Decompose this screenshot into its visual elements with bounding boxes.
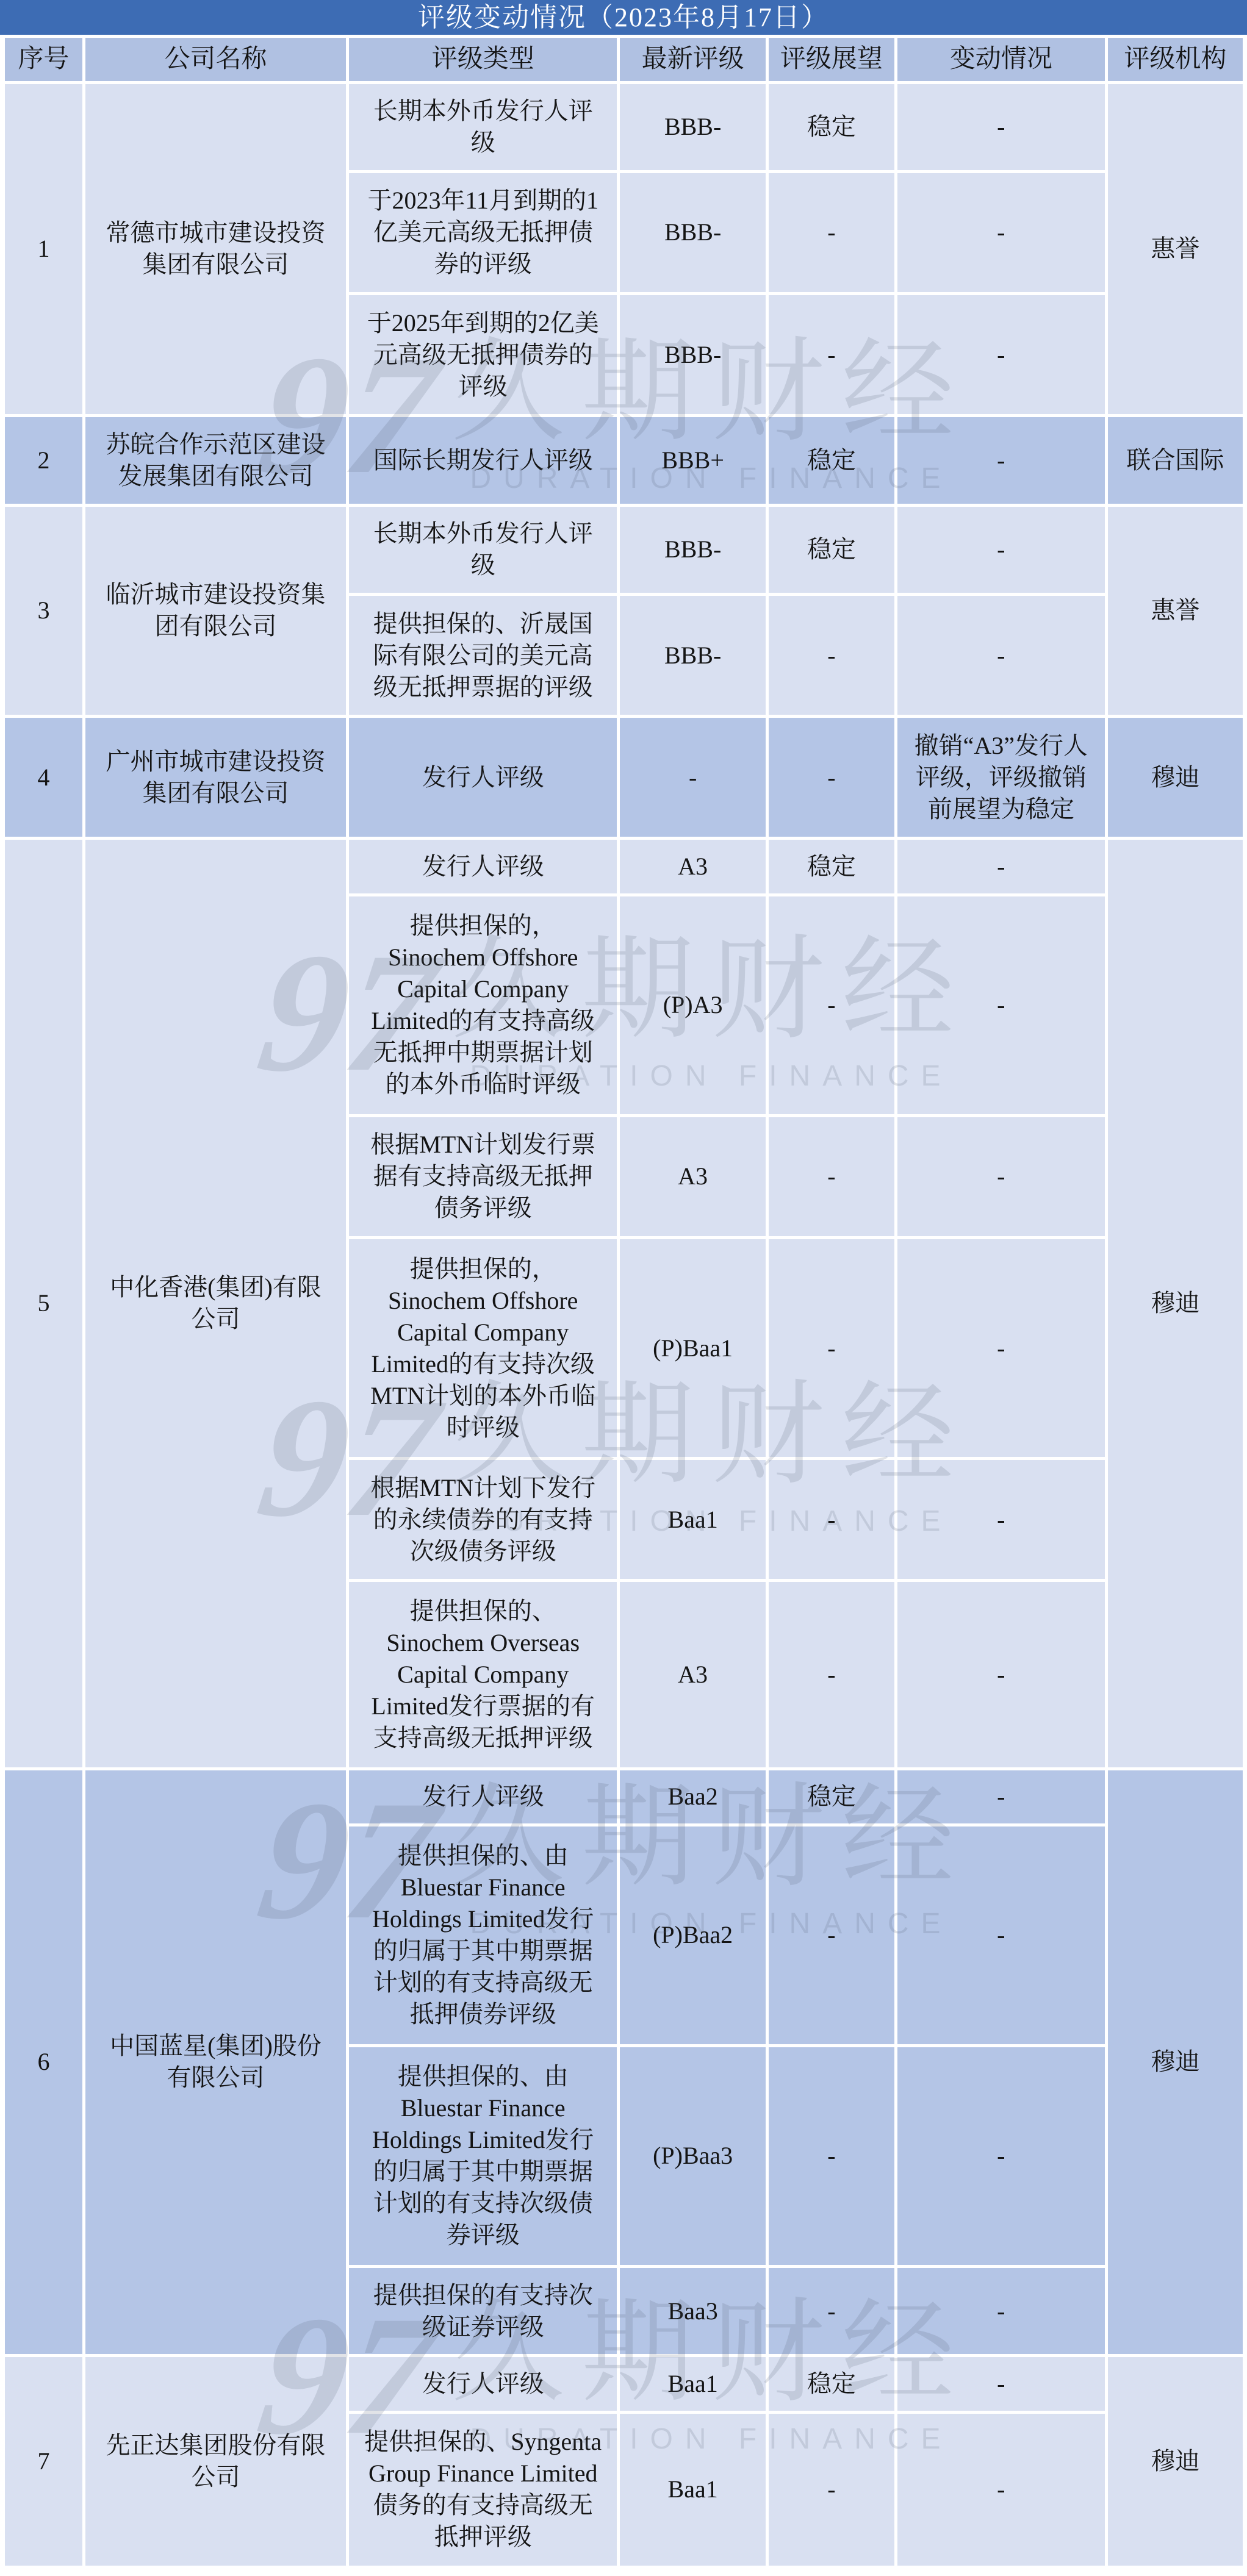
latest-rating-cell: (P)Baa3 xyxy=(620,2047,768,2268)
latest-rating-cell: (P)A3 xyxy=(620,896,768,1117)
outlook-cell: 稳定 xyxy=(769,1770,897,1826)
latest-rating-cell: Baa3 xyxy=(620,2268,768,2357)
latest-rating-cell: A3 xyxy=(620,1117,768,1239)
rating-type-cell: 提供担保的，Sinochem Offshore Capital Company … xyxy=(349,1239,620,1460)
outlook-cell: 稳定 xyxy=(769,84,897,173)
company-name-cell: 临沂城市建设投资集团有限公司 xyxy=(85,507,349,718)
rating-type-cell: 长期本外币发行人评级 xyxy=(349,84,620,173)
rating-type-cell: 根据MTN计划下发行的永续债券的有支持次级债务评级 xyxy=(349,1460,620,1582)
latest-rating-cell: Baa1 xyxy=(620,2357,768,2413)
latest-rating-cell: Baa1 xyxy=(620,2414,768,2569)
change-cell: - xyxy=(897,896,1108,1117)
change-cell: 撤销“A3”发行人评级，评级撤销前展望为稳定 xyxy=(897,718,1108,840)
outlook-cell: 稳定 xyxy=(769,417,897,506)
rating-type-cell: 发行人评级 xyxy=(349,718,620,840)
latest-rating-cell: BBB- xyxy=(620,173,768,295)
seq-cell: 4 xyxy=(5,718,85,840)
change-cell: - xyxy=(897,1826,1108,2047)
rating-type-cell: 发行人评级 xyxy=(349,840,620,896)
outlook-cell: - xyxy=(769,596,897,718)
outlook-cell: - xyxy=(769,1117,897,1239)
outlook-cell: - xyxy=(769,2414,897,2569)
column-header-seq: 序号 xyxy=(5,38,85,84)
column-header-agency: 评级机构 xyxy=(1108,38,1243,84)
company-name-cell: 中国蓝星(集团)股份有限公司 xyxy=(85,1770,349,2358)
rating-row: 3临沂城市建设投资集团有限公司长期本外币发行人评级BBB-稳定-惠誉 xyxy=(5,507,1243,596)
rating-type-cell: 长期本外币发行人评级 xyxy=(349,507,620,596)
rating-row: 6中国蓝星(集团)股份有限公司发行人评级Baa2稳定-穆迪 xyxy=(5,1770,1243,1826)
latest-rating-cell: BBB- xyxy=(620,507,768,596)
seq-cell: 3 xyxy=(5,507,85,718)
rating-type-cell: 发行人评级 xyxy=(349,1770,620,1826)
seq-cell: 5 xyxy=(5,840,85,1770)
change-cell: - xyxy=(897,596,1108,718)
change-cell: - xyxy=(897,2268,1108,2357)
outlook-cell: - xyxy=(769,896,897,1117)
latest-rating-cell: (P)Baa2 xyxy=(620,1826,768,2047)
change-cell: - xyxy=(897,2357,1108,2413)
column-header-latest-rating: 最新评级 xyxy=(620,38,768,84)
outlook-cell: - xyxy=(769,173,897,295)
seq-cell: 7 xyxy=(5,2357,85,2569)
latest-rating-cell: A3 xyxy=(620,1582,768,1770)
ratings-table: 序号 公司名称 评级类型 最新评级 评级展望 变动情况 评级机构 1常德市城市建… xyxy=(5,38,1243,2569)
latest-rating-cell: BBB- xyxy=(620,84,768,173)
change-cell: - xyxy=(897,1460,1108,1582)
latest-rating-cell: Baa2 xyxy=(620,1770,768,1826)
outlook-cell: 稳定 xyxy=(769,507,897,596)
outlook-cell: - xyxy=(769,1239,897,1460)
seq-cell: 6 xyxy=(5,1770,85,2358)
rating-type-cell: 提供担保的、Syngenta Group Finance Limited债务的有… xyxy=(349,2414,620,2569)
rating-type-cell: 提供担保的、Sinochem Overseas Capital Company … xyxy=(349,1582,620,1770)
change-cell: - xyxy=(897,2047,1108,2268)
rating-type-cell: 提供担保的、沂晟国际有限公司的美元高级无抵押票据的评级 xyxy=(349,596,620,718)
agency-cell: 惠誉 xyxy=(1108,84,1243,418)
seq-cell: 1 xyxy=(5,84,85,418)
rating-row: 2苏皖合作示范区建设发展集团有限公司国际长期发行人评级BBB+稳定-联合国际 xyxy=(5,417,1243,506)
outlook-cell: 稳定 xyxy=(769,2357,897,2413)
rating-row: 5中化香港(集团)有限公司发行人评级A3稳定-穆迪 xyxy=(5,840,1243,896)
change-cell: - xyxy=(897,1117,1108,1239)
header-row: 序号 公司名称 评级类型 最新评级 评级展望 变动情况 评级机构 xyxy=(5,38,1243,84)
outlook-cell: 稳定 xyxy=(769,840,897,896)
rating-row: 4广州市城市建设投资集团有限公司发行人评级--撤销“A3”发行人评级，评级撤销前… xyxy=(5,718,1243,840)
agency-cell: 穆迪 xyxy=(1108,718,1243,840)
change-cell: - xyxy=(897,173,1108,295)
change-cell: - xyxy=(897,295,1108,417)
outlook-cell: - xyxy=(769,1826,897,2047)
outlook-cell: - xyxy=(769,718,897,840)
agency-cell: 穆迪 xyxy=(1108,840,1243,1770)
rating-type-cell: 发行人评级 xyxy=(349,2357,620,2413)
rating-row: 1常德市城市建设投资集团有限公司长期本外币发行人评级BBB-稳定-惠誉 xyxy=(5,84,1243,173)
rating-type-cell: 提供担保的，Sinochem Offshore Capital Company … xyxy=(349,896,620,1117)
company-name-cell: 中化香港(集团)有限公司 xyxy=(85,840,349,1770)
latest-rating-cell: BBB+ xyxy=(620,417,768,506)
outlook-cell: - xyxy=(769,1460,897,1582)
rating-type-cell: 于2023年11月到期的1亿美元高级无抵押债券的评级 xyxy=(349,173,620,295)
page-title: 评级变动情况（2023年8月17日） xyxy=(0,0,1247,35)
company-name-cell: 苏皖合作示范区建设发展集团有限公司 xyxy=(85,417,349,506)
rating-type-cell: 提供担保的、由Bluestar Finance Holdings Limited… xyxy=(349,1826,620,2047)
change-cell: - xyxy=(897,2414,1108,2569)
rating-row: 7先正达集团股份有限公司发行人评级Baa1稳定-穆迪 xyxy=(5,2357,1243,2413)
change-cell: - xyxy=(897,1582,1108,1770)
outlook-cell: - xyxy=(769,295,897,417)
latest-rating-cell: Baa1 xyxy=(620,1460,768,1582)
outlook-cell: - xyxy=(769,2047,897,2268)
rating-type-cell: 于2025年到期的2亿美元高级无抵押债券的评级 xyxy=(349,295,620,417)
column-header-rating-type: 评级类型 xyxy=(349,38,620,84)
latest-rating-cell: BBB- xyxy=(620,596,768,718)
seq-cell: 2 xyxy=(5,417,85,506)
rating-type-cell: 根据MTN计划发行票据有支持高级无抵押债务评级 xyxy=(349,1117,620,1239)
ratings-table-wrap: 序号 公司名称 评级类型 最新评级 评级展望 变动情况 评级机构 1常德市城市建… xyxy=(0,35,1247,2569)
ratings-table-body: 1常德市城市建设投资集团有限公司长期本外币发行人评级BBB-稳定-惠誉于2023… xyxy=(5,84,1243,2569)
outlook-cell: - xyxy=(769,2268,897,2357)
company-name-cell: 先正达集团股份有限公司 xyxy=(85,2357,349,2569)
change-cell: - xyxy=(897,1239,1108,1460)
rating-type-cell: 提供担保的有支持次级证券评级 xyxy=(349,2268,620,2357)
agency-cell: 联合国际 xyxy=(1108,417,1243,506)
latest-rating-cell: - xyxy=(620,718,768,840)
agency-cell: 穆迪 xyxy=(1108,2357,1243,2569)
rating-type-cell: 提供担保的、由Bluestar Finance Holdings Limited… xyxy=(349,2047,620,2268)
agency-cell: 惠誉 xyxy=(1108,507,1243,718)
company-name-cell: 广州市城市建设投资集团有限公司 xyxy=(85,718,349,840)
change-cell: - xyxy=(897,417,1108,506)
column-header-outlook: 评级展望 xyxy=(769,38,897,84)
outlook-cell: - xyxy=(769,1582,897,1770)
latest-rating-cell: BBB- xyxy=(620,295,768,417)
change-cell: - xyxy=(897,507,1108,596)
change-cell: - xyxy=(897,840,1108,896)
column-header-change: 变动情况 xyxy=(897,38,1108,84)
latest-rating-cell: (P)Baa1 xyxy=(620,1239,768,1460)
latest-rating-cell: A3 xyxy=(620,840,768,896)
change-cell: - xyxy=(897,84,1108,173)
column-header-company: 公司名称 xyxy=(85,38,349,84)
agency-cell: 穆迪 xyxy=(1108,1770,1243,2358)
rating-type-cell: 国际长期发行人评级 xyxy=(349,417,620,506)
company-name-cell: 常德市城市建设投资集团有限公司 xyxy=(85,84,349,418)
change-cell: - xyxy=(897,1770,1108,1826)
